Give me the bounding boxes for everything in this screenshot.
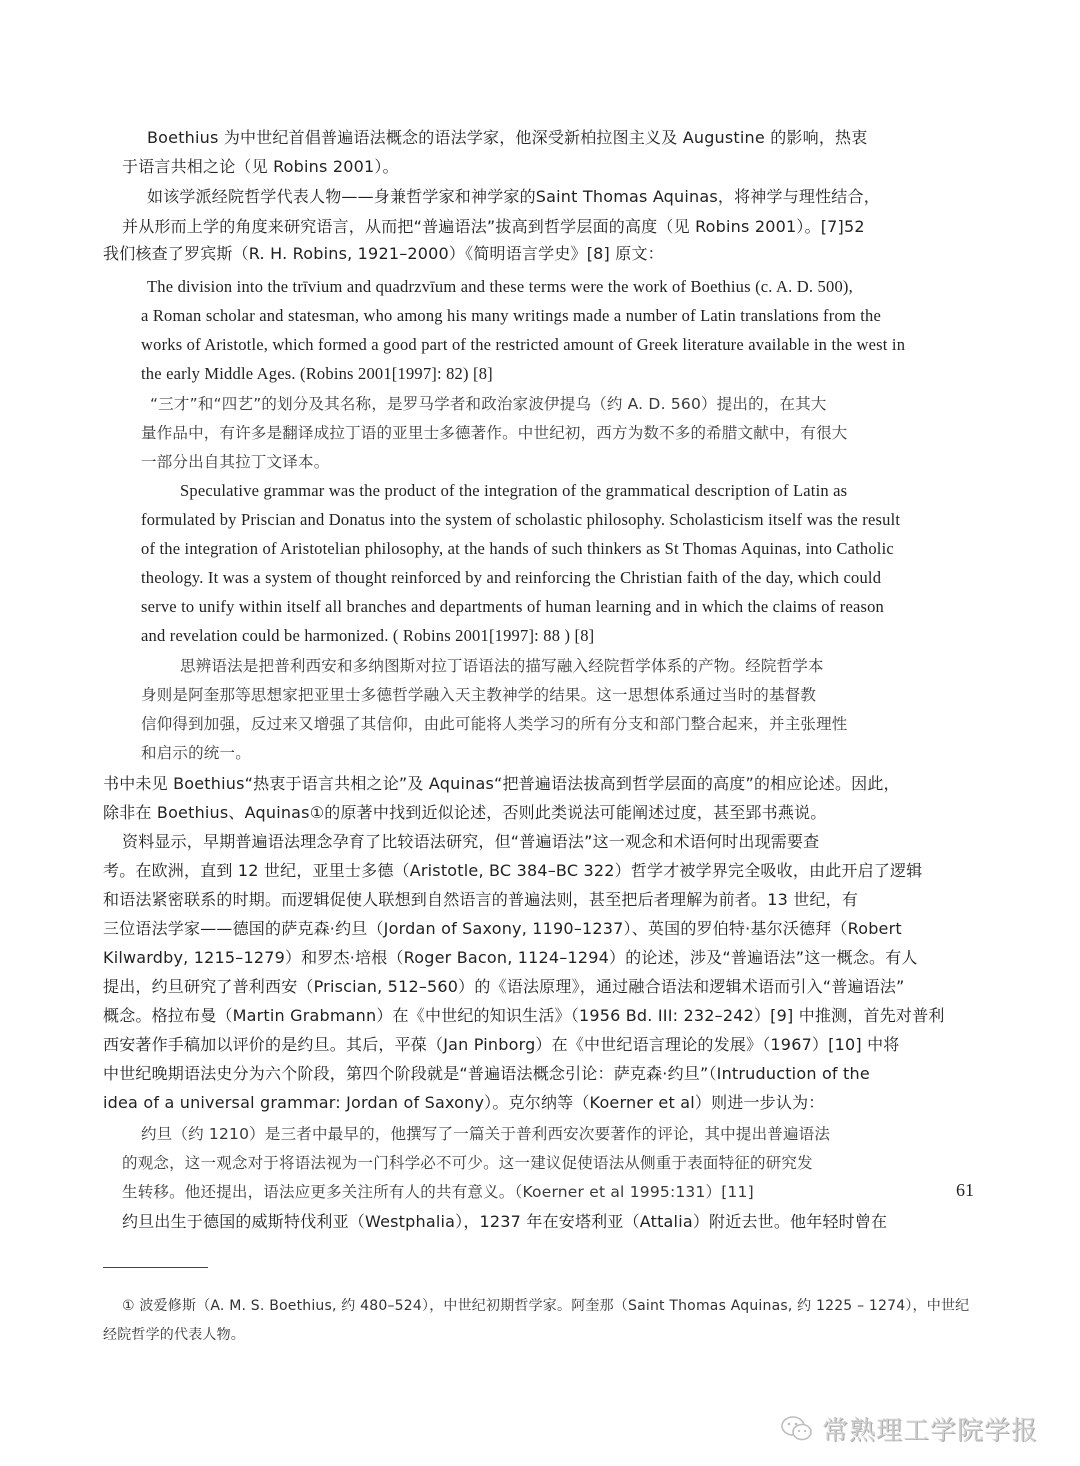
text-line: 并从形而上学的角度来研究语言，从而把“普遍语法”拔高到哲学层面的高度（见 Rob… [122, 217, 865, 237]
text-line: 信仰得到加强，反过来又增强了其信仰，由此可能将人类学习的所有分支和部门整合起来，… [141, 714, 848, 734]
text-line: and revelation could be harmonized. ( Ro… [141, 626, 594, 646]
text-line: 中世纪晚期语法史分为六个阶段，第四个阶段就是“普遍语法概念引论：萨克森·约旦”（… [103, 1064, 870, 1084]
text-line: 概念。格拉布曼（Martin Grabmann）在《中世纪的知识生活》（1956… [103, 1006, 945, 1026]
text-line: “三才”和“四艺”的划分及其名称，是罗马学者和政治家波伊提乌（约 A. D. 5… [150, 394, 827, 414]
text-line: of the integration of Aristotelian philo… [141, 539, 894, 559]
text-line: 一部分出自其拉丁文译本。 [141, 452, 329, 472]
text-line: 生转移。他还提出，语法应更多关注所有人的共有意义。（Koerner et al … [122, 1182, 754, 1202]
text-line: idea of a universal grammar: Jordan of S… [103, 1093, 824, 1113]
text-line: 提出，约旦研究了普利西安（Priscian, 512–560）的《语法原理》，通… [103, 977, 905, 997]
text-line: Kilwardby, 1215–1279）和罗杰·培根（Roger Bacon,… [103, 948, 918, 968]
text-line: serve to unify within itself all branche… [141, 597, 884, 617]
text-line: The division into the trīvium and quadrz… [147, 277, 853, 297]
text-line: formulated by Priscian and Donatus into … [141, 510, 900, 530]
text-line: 如该学派经院哲学代表人物——身兼哲学家和神学家的Saint Thomas Aqu… [147, 187, 880, 207]
text-line: 于语言共相之论（见 Robins 2001）。 [122, 157, 399, 177]
text-line: 考。在欧洲，直到 12 世纪，亚里士多德（Aristotle, BC 384–B… [103, 861, 922, 881]
text-line: Speculative grammar was the product of t… [180, 481, 847, 501]
text-line: 身则是阿奎那等思想家把亚里士多德哲学融入天主教神学的结果。这一思想体系通过当时的… [141, 685, 816, 705]
footnote-line: 经院哲学的代表人物。 [103, 1325, 245, 1345]
page-number: 61 [956, 1180, 974, 1201]
text-line: 约旦（约 1210）是三者中最早的，他撰写了一篇关于普利西安次要著作的评论，其中… [141, 1124, 830, 1144]
watermark: 常熟理工学院学报 [780, 1410, 1038, 1447]
watermark-text: 常熟理工学院学报 [822, 1410, 1038, 1447]
text-line: the early Middle Ages. (Robins 2001[1997… [141, 364, 493, 384]
document-page: Boethius 为中世纪首倡普遍语法概念的语法学家，他深受新柏拉图主义及 Au… [0, 0, 1080, 1466]
text-line: works of Aristotle, which formed a good … [141, 335, 905, 355]
text-line: a Roman scholar and statesman, who among… [141, 306, 881, 326]
text-line: 思辨语法是把普利西安和多纳图斯对拉丁语语法的描写融入经院哲学体系的产物。经院哲学… [180, 656, 824, 676]
text-line: 和启示的统一。 [141, 743, 251, 763]
text-line: 书中未见 Boethius“热衷于语言共相之论”及 Aquinas“把普遍语法拔… [103, 774, 900, 794]
text-line: 我们核查了罗宾斯（R. H. Robins, 1921–2000）《简明语言学史… [103, 244, 664, 264]
wechat-icon [780, 1414, 814, 1444]
text-line: 西安著作手稿加以评价的是约旦。其后，平葆（Jan Pinborg）在《中世纪语言… [103, 1035, 899, 1055]
text-line: 的观念，这一观念对于将语法视为一门科学必不可少。这一建议促使语法从侧重于表面特征… [122, 1153, 813, 1173]
text-line: Boethius 为中世纪首倡普遍语法概念的语法学家，他深受新柏拉图主义及 Au… [147, 128, 867, 148]
text-line: 约旦出生于德国的威斯特伐利亚（Westphalia），1237 年在安塔利亚（A… [122, 1212, 887, 1232]
text-line: theology. It was a system of thought rei… [141, 568, 881, 588]
text-line: 量作品中，有许多是翻译成拉丁语的亚里士多德著作。中世纪初，西方为数不多的希腊文献… [141, 423, 848, 443]
footnote-divider [103, 1267, 208, 1268]
text-line: 资料显示，早期普遍语法理念孕育了比较语法研究，但“普遍语法”这一观念和术语何时出… [122, 832, 819, 852]
footnote-line: ① 波爱修斯（A. M. S. Boethius, 约 480–524），中世纪… [122, 1296, 969, 1316]
text-line: 三位语法学家——德国的萨克森·约旦（Jordan of Saxony, 1190… [103, 919, 902, 939]
text-line: 除非在 Boethius、Aquinas①的原著中找到近似论述，否则此类说法可能… [103, 803, 826, 823]
text-line: 和语法紧密联系的时期。而逻辑促使人联想到自然语言的普遍法则，甚至把后者理解为前者… [103, 890, 858, 910]
